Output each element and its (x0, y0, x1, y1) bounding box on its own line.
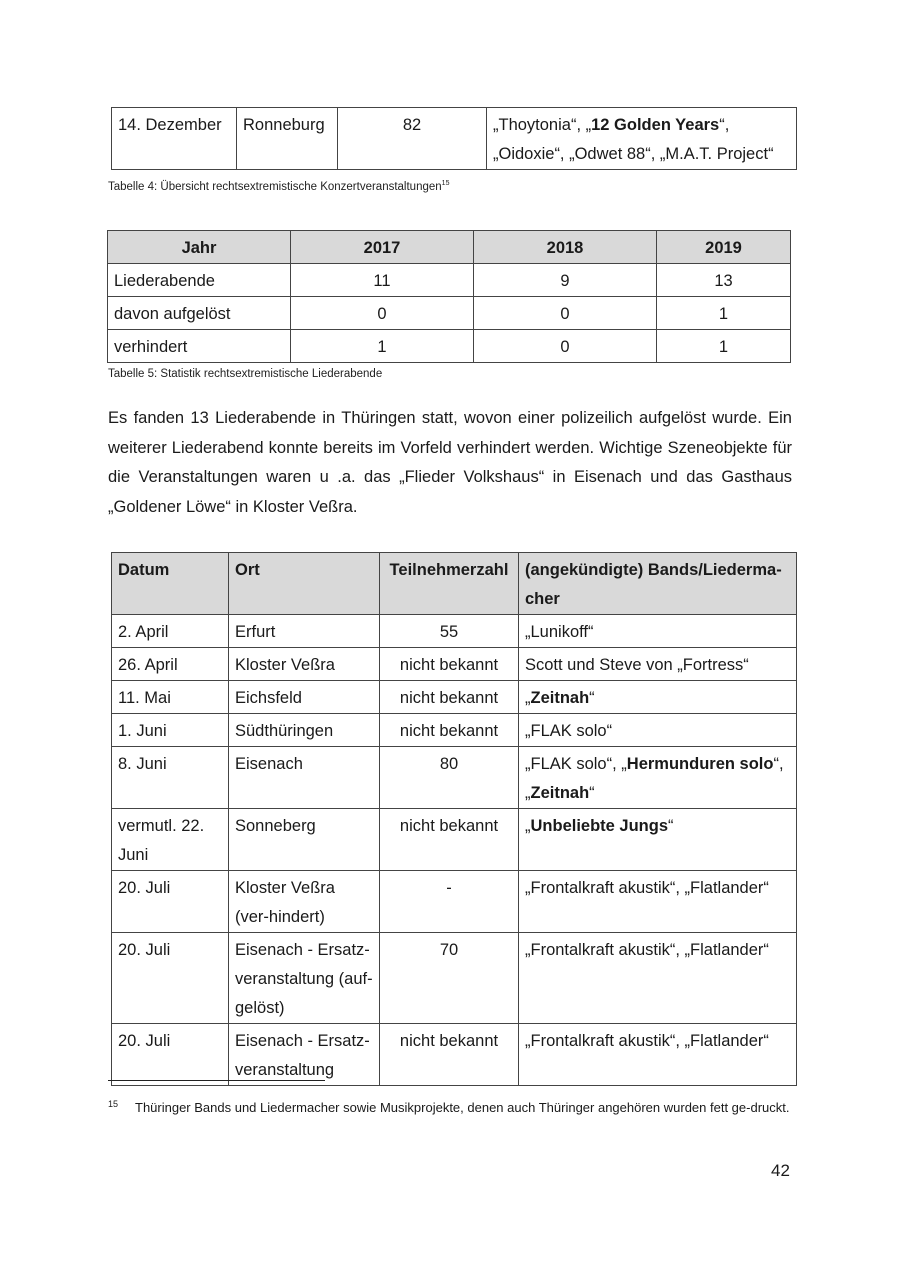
cell-ort: Kloster Veßra (ver-​hindert) (229, 871, 380, 933)
footnote-text: Thüringer Bands und Liedermacher sowie M… (135, 1100, 789, 1115)
cell-teilnehmer: 82 (338, 108, 487, 170)
table-row: 20. JuliKloster Veßra (ver-​hindert)-„Fr… (112, 871, 797, 933)
cell-value: 9 (474, 264, 657, 297)
table-row: davon aufgelöst001 (108, 297, 791, 330)
cell-ort: Erfurt (229, 615, 380, 648)
footnote-number: 15 (108, 1096, 118, 1112)
cell-bands: „Thoytonia“, „12 Golden Years“,„Oidoxie“… (487, 108, 797, 170)
cell-value: 0 (291, 297, 474, 330)
table-row: 26. AprilKloster Veßranicht bekanntScott… (112, 648, 797, 681)
page-number: 42 (771, 1161, 790, 1181)
table5-caption: Tabelle 5: Statistik rechtsextremistisch… (108, 368, 382, 380)
cell-teilnehmer: nicht bekannt (380, 809, 519, 871)
table5-statistics: Jahr201720182019 Liederabende11913davon … (107, 230, 791, 363)
cell-teilnehmer: 55 (380, 615, 519, 648)
cell-value: 0 (474, 297, 657, 330)
cell-bands: „Lunikoff“ (519, 615, 797, 648)
table-row: 8. JuniEisenach80„FLAK solo“, „Hermundur… (112, 747, 797, 809)
cell-teilnehmer: - (380, 871, 519, 933)
column-header: 2017 (291, 231, 474, 264)
cell-teilnehmer: nicht bekannt (380, 1024, 519, 1086)
table-row: 2. AprilErfurt55„Lunikoff“ (112, 615, 797, 648)
cell-ort: Ronneburg (237, 108, 338, 170)
cell-value: 1 (291, 330, 474, 363)
column-header: 2019 (657, 231, 791, 264)
cell-bands: „FLAK solo“ (519, 714, 797, 747)
cell-datum: 1. Juni (112, 714, 229, 747)
cell-datum: vermutl. 22. Juni (112, 809, 229, 871)
column-header: (angekündigte) Bands/Liederma-​cher (519, 553, 797, 615)
column-header: Jahr (108, 231, 291, 264)
cell-value: 1 (657, 297, 791, 330)
cell-teilnehmer: nicht bekannt (380, 681, 519, 714)
table4-caption: Tabelle 4: Übersicht rechtsextremistisch… (108, 180, 449, 193)
row-label: davon aufgelöst (108, 297, 291, 330)
cell-bands: „Zeitnah“ (519, 681, 797, 714)
cell-ort: Eisenach (229, 747, 380, 809)
table-header-row: DatumOrtTeilnehmerzahl(angekündigte) Ban… (112, 553, 797, 615)
cell-teilnehmer: 70 (380, 933, 519, 1024)
table-row: verhindert101 (108, 330, 791, 363)
cell-teilnehmer: 80 (380, 747, 519, 809)
cell-datum: 8. Juni (112, 747, 229, 809)
row-label: Liederabende (108, 264, 291, 297)
table4-continued: 14. Dezember Ronneburg 82 „Thoytonia“, „… (111, 107, 797, 170)
footnote-separator (108, 1080, 325, 1081)
cell-value: 11 (291, 264, 474, 297)
cell-bands: „Frontalkraft akustik“, „Flatlander“ (519, 933, 797, 1024)
column-header: Ort (229, 553, 380, 615)
footnote: 15 Thüringer Bands und Liedermacher sowi… (108, 1100, 792, 1116)
table-row: 20. JuliEisenach - Ersatz-​veranstaltung… (112, 933, 797, 1024)
cell-datum: 2. April (112, 615, 229, 648)
caption-text: Tabelle 4: Übersicht rechtsextremistisch… (108, 181, 442, 193)
row-label: verhindert (108, 330, 291, 363)
cell-datum: 14. Dezember (112, 108, 237, 170)
table-row: 1. JuniSüdthüringennicht bekannt„FLAK so… (112, 714, 797, 747)
cell-bands: „Frontalkraft akustik“, „Flatlander“ (519, 871, 797, 933)
table-row: vermutl. 22. JuniSonnebergnicht bekannt„… (112, 809, 797, 871)
body-paragraph: Es fanden 13 Liederabende in Thüringen s… (108, 404, 792, 522)
cell-teilnehmer: nicht bekannt (380, 714, 519, 747)
cell-datum: 20. Juli (112, 933, 229, 1024)
cell-ort: Südthüringen (229, 714, 380, 747)
cell-datum: 20. Juli (112, 871, 229, 933)
table-row: 20. JuliEisenach - Ersatz-​veranstaltung… (112, 1024, 797, 1086)
cell-teilnehmer: nicht bekannt (380, 648, 519, 681)
cell-bands: Scott und Steve von „Fortress“ (519, 648, 797, 681)
cell-value: 0 (474, 330, 657, 363)
table-row: 11. MaiEichsfeldnicht bekannt„Zeitnah“ (112, 681, 797, 714)
cell-bands: „Frontalkraft akustik“, „Flatlander“ (519, 1024, 797, 1086)
table-header-row: Jahr201720182019 (108, 231, 791, 264)
cell-ort: Eisenach - Ersatz-​veranstaltung (auf-​g… (229, 933, 380, 1024)
footnote-ref[interactable]: 15 (442, 180, 450, 187)
table6-liederabende: DatumOrtTeilnehmerzahl(angekündigte) Ban… (111, 552, 797, 1086)
table-row: Liederabende11913 (108, 264, 791, 297)
table-row: 14. Dezember Ronneburg 82 „Thoytonia“, „… (112, 108, 797, 170)
column-header: Teilnehmerzahl (380, 553, 519, 615)
cell-bands: „FLAK solo“, „Hermunduren solo“, „Zeitna… (519, 747, 797, 809)
cell-value: 13 (657, 264, 791, 297)
cell-ort: Eisenach - Ersatz-​veranstaltung (229, 1024, 380, 1086)
column-header: 2018 (474, 231, 657, 264)
cell-datum: 20. Juli (112, 1024, 229, 1086)
cell-bands: „Unbeliebte Jungs“ (519, 809, 797, 871)
column-header: Datum (112, 553, 229, 615)
cell-datum: 26. April (112, 648, 229, 681)
cell-datum: 11. Mai (112, 681, 229, 714)
cell-ort: Kloster Veßra (229, 648, 380, 681)
cell-ort: Sonneberg (229, 809, 380, 871)
cell-value: 1 (657, 330, 791, 363)
cell-ort: Eichsfeld (229, 681, 380, 714)
